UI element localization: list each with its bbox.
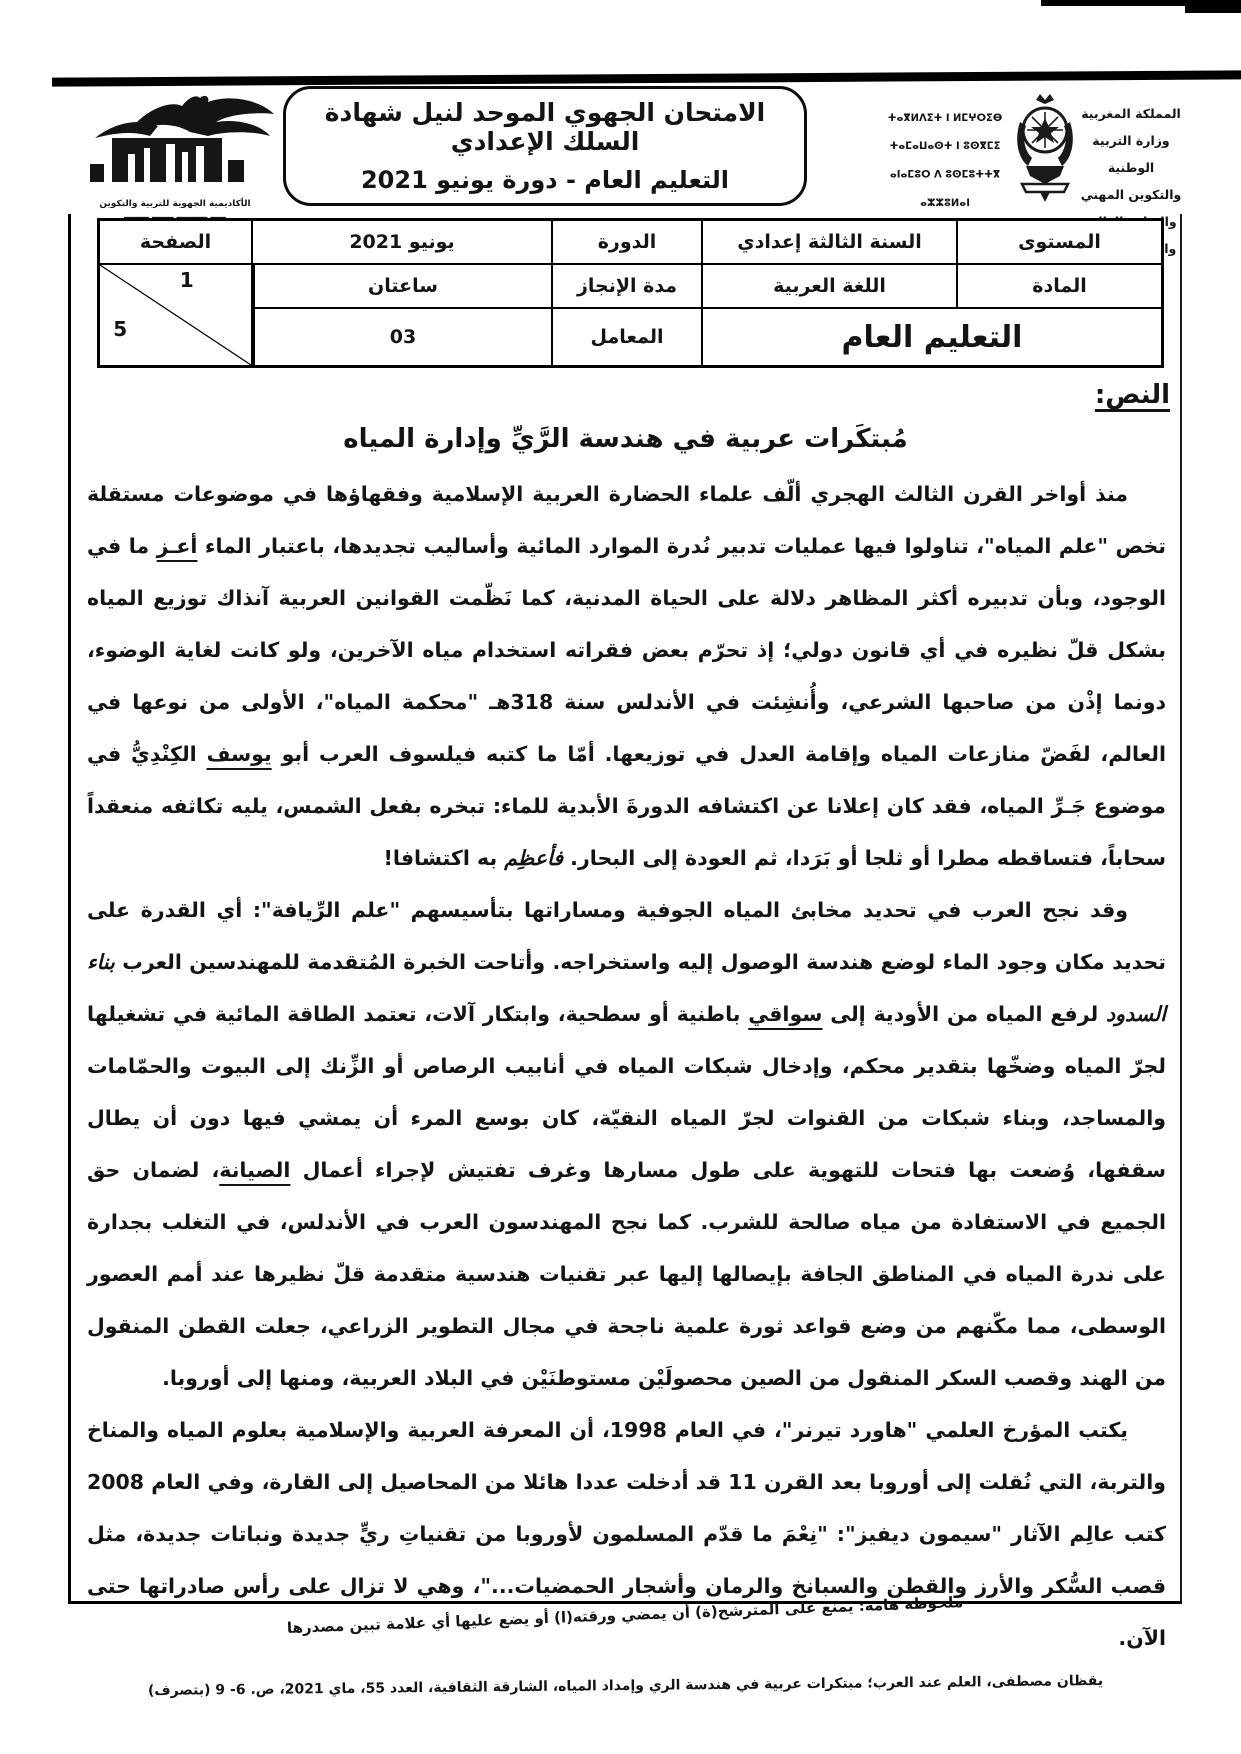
text-title: مُبتكَرات عربية في هندسة الرَّيِّ وإدارة… <box>71 424 1180 454</box>
ministry-ar-line2: وزارة التربية الوطنية والتكوين المهني <box>1080 127 1182 208</box>
source-citation: يقظان مصطفى، العلم عند العرب؛ مبتكرات عر… <box>97 1672 1154 1699</box>
exam-info-table: المستوى السنة الثالثة إعدادي الدورة يوني… <box>97 218 1164 368</box>
text-section-label: النص: <box>1095 380 1170 410</box>
academy-logo-art <box>70 92 280 198</box>
text-paragraph: وقد نجح العرب في تحديد مخابئ المياه الجو… <box>87 884 1166 1404</box>
tifinagh-line1: ⵜⴰⴳⵍⴷⵉⵜ ⵏ ⵍⵎⵖⵔⵉⴱ <box>880 104 1010 132</box>
ministry-ar-line1: المملكة المغربية <box>1080 100 1182 127</box>
exam-paper-page: الأكاديمية الجهوية للتربية والتكوين ــــ… <box>0 0 1241 1754</box>
page-current: 1 <box>180 268 194 292</box>
text-body: منذ أواخر القرن الثالث الهجري ألّف علماء… <box>87 468 1166 1664</box>
level-label-cell: المستوى <box>957 220 1162 264</box>
academy-caption-line1: الأكاديمية الجهوية للتربية والتكوين <box>70 198 280 209</box>
morocco-coat-of-arms-icon <box>1014 92 1076 204</box>
page-total: 5 <box>113 317 127 341</box>
coefficient-label-cell: المعامل <box>552 308 702 366</box>
coefficient-value-cell: 03 <box>252 308 552 366</box>
exam-title-line2: التعليم العام - دورة يونيو 2021 <box>361 166 729 194</box>
content-frame: المستوى السنة الثالثة إعدادي الدورة يوني… <box>68 214 1182 1604</box>
top-scan-rule <box>52 70 1241 86</box>
exam-title-box: الامتحان الجهوي الموحد لنيل شهادة السلك … <box>283 86 807 206</box>
subject-label-cell: المادة <box>957 264 1162 308</box>
academy-logo: الأكاديمية الجهوية للتربية والتكوين ــــ… <box>70 92 280 224</box>
text-paragraph: منذ أواخر القرن الثالث الهجري ألّف علماء… <box>87 468 1166 884</box>
page-cell-diagonal <box>100 265 251 365</box>
scan-artifact-blob <box>1185 0 1241 13</box>
track-cell: التعليم العام <box>702 308 1162 366</box>
session-value-cell: يونيو 2021 <box>252 220 552 264</box>
level-value-cell: السنة الثالثة إعدادي <box>702 220 957 264</box>
page-number-cell: 1 5 <box>99 264 252 366</box>
text-paragraph: يكتب المؤرخ العلمي "هاورد تيرنر"، في الع… <box>87 1404 1166 1664</box>
duration-label-cell: مدة الإنجاز <box>552 264 702 308</box>
duration-value-cell: ساعتان <box>252 264 552 308</box>
exam-title-line1: الامتحان الجهوي الموحد لنيل شهادة السلك … <box>286 98 804 156</box>
session-label-cell: الدورة <box>552 220 702 264</box>
page-label-cell: الصفحة <box>99 220 252 264</box>
tifinagh-line2: ⵜⴰⵎⴰⵡⴰⵙⵜ ⵏ ⵓⵙⴳⵎⵉ ⴰⵏⴰⵎⵓⵔ ⴷ ⵓⵙⵎⵓⵜⵜⴳ ⴰⵣⵣⵓⵍⴰ… <box>880 132 1010 217</box>
subject-value-cell: اللغة العربية <box>702 264 957 308</box>
